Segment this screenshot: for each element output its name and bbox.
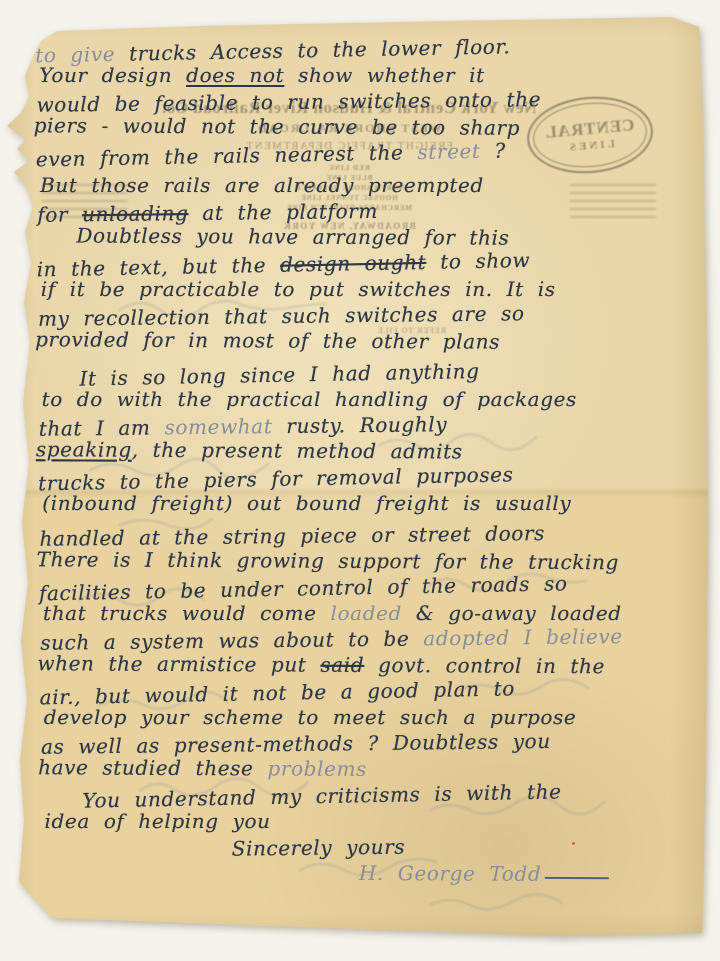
letter-text-segment: design ought [280, 250, 427, 277]
letter-text-segment: said [320, 653, 364, 677]
letter-line: even from the rails nearest the street ? [36, 134, 704, 173]
letter-text-segment: Your design [39, 63, 186, 87]
letter-text-segment: (inbound freight) out bound freight is u… [42, 491, 571, 515]
letter-text-segment: loaded [331, 601, 402, 625]
letter-text-segment: problems [267, 756, 367, 781]
letter-line: that trucks would come loaded & go-away … [43, 600, 711, 626]
letter-text-segment: Sincerely yours [232, 835, 406, 861]
letter-text-segment: But those rails are already preempted [40, 173, 484, 197]
letter-text-segment: develop your scheme to meet such a purpo… [44, 705, 577, 729]
letter-text-segment: even from the rails nearest the [36, 140, 418, 171]
letter-text-segment: provided for in most of the other plans [35, 327, 500, 353]
letter-text-segment: idea of helping you [45, 809, 271, 833]
letter-text-segment: & go-away loaded [402, 601, 622, 625]
letter-text-segment: H. George Todd [359, 861, 610, 886]
letter-text-segment: trucks Access to the lower floor. [129, 34, 511, 65]
paper-shadow: New York Central & Hudson River Railroad… [0, 0, 720, 961]
letter-paper: New York Central & Hudson River Railroad… [0, 0, 720, 961]
letter-line: if it be practicable to put switches in.… [41, 276, 709, 302]
letter-line: provided for in most of the other plans [35, 326, 703, 355]
letter-line: (inbound freight) out bound freight is u… [42, 490, 710, 516]
letter-text-segment: when the armistice put [37, 651, 320, 676]
letter-text-segment: speaking [36, 437, 132, 462]
letter-text-segment: to do with the practical handling of pac… [42, 387, 577, 411]
letter-line: H. George Todd [39, 858, 707, 887]
letter-text-segment: somewhat [164, 414, 272, 439]
letter-text-segment: adopted I believe [423, 624, 623, 650]
letter-text-segment: Doubtless you have arranged for this [76, 223, 509, 249]
letter-text-segment: ? [480, 138, 506, 162]
letter-line: Your design does not show whether it [39, 62, 707, 88]
letter-text-segment: show whether it [284, 63, 485, 87]
letter-line: develop your scheme to meet such a purpo… [44, 704, 712, 730]
handwriting: to give trucks Access to the lower floor… [35, 34, 709, 889]
letter-text-segment: if it be practicable to put switches in.… [41, 277, 556, 301]
letter-text-segment: have studied these [38, 755, 267, 780]
letter-scan: New York Central & Hudson River Railroad… [0, 0, 720, 961]
letter-text-segment: at the platform [188, 199, 378, 225]
letter-text-segment: street [417, 139, 481, 164]
letter-text-segment: , the present method admits [132, 438, 463, 464]
red-ink-speck [572, 842, 575, 845]
letter-line: idea of helping you [45, 808, 713, 834]
letter-line: to do with the practical handling of pac… [42, 386, 710, 412]
letter-text-segment: that trucks would come [43, 601, 330, 625]
letter-text-segment: rusty. Roughly [272, 412, 447, 438]
letter-text-segment: to show [426, 248, 530, 274]
letter-text-segment: does not [186, 63, 284, 87]
letter-text-segment: piers - would not the curve be too sharp [34, 113, 521, 140]
letter-line: But those rails are already preempted [40, 172, 708, 198]
